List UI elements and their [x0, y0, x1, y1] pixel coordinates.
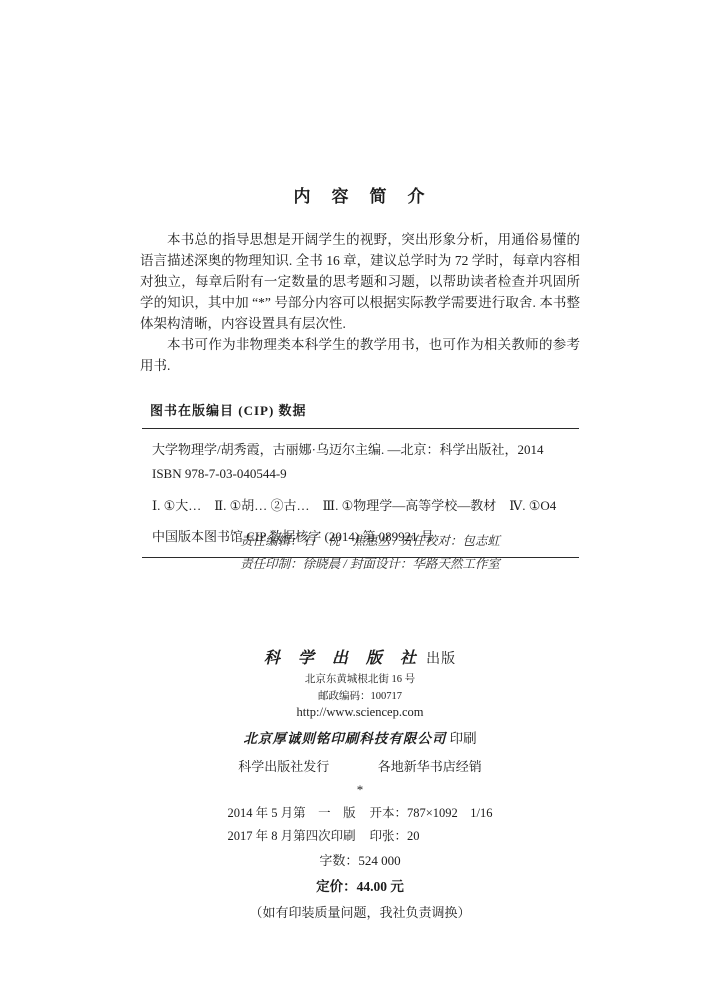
printer-suffix: 印刷 [450, 731, 477, 746]
cip-title-line: 大学物理学/胡秀霞，古丽娜·乌迈尔主编. —北京：科学出版社，2014 [152, 439, 579, 458]
intro-title: 内 容 简 介 [140, 182, 580, 207]
imprint-section: 科 学 出 版 社 出版 北京东黄城根北街 16 号 邮政编码：100717 h… [0, 645, 720, 921]
separator-asterisk: * [0, 782, 720, 798]
edition-row-2: 2017 年 8 月第四次印刷 印张：20 [227, 825, 492, 848]
cip-isbn: ISBN 978-7-03-040544-9 [152, 466, 579, 482]
quality-notice: （如有印装质量问题，我社负责调换） [0, 902, 720, 921]
edition-info-block: 2014 年 5 月第 一 版 开本：787×1092 1/16 2017 年 … [227, 802, 492, 848]
cip-header: 图书在版编目 (CIP) 数据 [142, 400, 579, 428]
edition-row-1: 2014 年 5 月第 一 版 开本：787×1092 1/16 [227, 802, 492, 825]
publisher-address: 北京东黄城根北街 16 号 [0, 671, 720, 686]
publisher-name: 科 学 出 版 社 [264, 650, 423, 667]
distributor-left: 科学出版社发行 [238, 759, 329, 774]
intro-paragraph-2: 本书可作为非物理类本科学生的教学用书，也可作为相关教师的参考用书. [140, 334, 580, 376]
distributor-right: 各地新华书店经销 [378, 759, 482, 774]
publisher-website: http://www.sciencep.com [0, 705, 720, 720]
staff-line-editors: 责任编辑：石 悦 焦惠丛 / 责任校对：包志虹 [20, 530, 720, 553]
price: 定价：44.00 元 [0, 875, 720, 895]
intro-paragraph-1: 本书总的指导思想是开阔学生的视野，突出形象分析，用通俗易懂的语言描述深奥的物理知… [140, 229, 580, 334]
edition-date-2: 2017 年 8 月第四次印刷 [227, 825, 369, 848]
publisher-line: 科 学 出 版 社 出版 [0, 645, 720, 668]
content-intro-section: 内 容 简 介 本书总的指导思想是开阔学生的视野，突出形象分析，用通俗易懂的语言… [140, 182, 580, 376]
word-count: 字数：524 000 [0, 850, 720, 869]
distribution-line: 科学出版社发行 各地新华书店经销 [0, 756, 720, 775]
book-copyright-page: 内 容 简 介 本书总的指导思想是开阔学生的视野，突出形象分析，用通俗易懂的语言… [0, 0, 720, 1000]
cip-classification: Ⅰ. ①大… Ⅱ. ①胡… ②古… Ⅲ. ①物理学—高等学校—教材 Ⅳ. ①O4 [152, 495, 579, 514]
staff-credits: 责任编辑：石 悦 焦惠丛 / 责任校对：包志虹 责任印制：徐晓晨 / 封面设计：… [20, 530, 720, 576]
printer-line: 北京厚诚则铭印刷科技有限公司 印刷 [0, 727, 720, 747]
staff-line-printing: 责任印制：徐晓晨 / 封面设计：华路天然工作室 [20, 553, 720, 576]
publisher-postcode: 邮政编码：100717 [0, 688, 720, 703]
printer-name: 北京厚诚则铭印刷科技有限公司 [243, 731, 446, 746]
format-spec: 开本：787×1092 1/16 [369, 802, 492, 825]
publisher-suffix: 出版 [426, 652, 456, 667]
edition-date-1: 2014 年 5 月第 一 版 [227, 802, 369, 825]
sheet-count: 印张：20 [369, 825, 419, 848]
